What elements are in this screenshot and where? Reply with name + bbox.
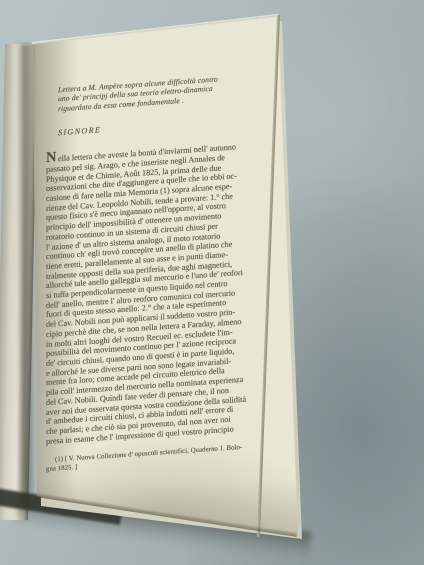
body-paragraph: Nella lettera che aveste la bontà d'invi… [46, 138, 290, 446]
drop-cap: N [46, 154, 56, 163]
gutter-shadow [17, 44, 34, 502]
page-text: Lettera a M. Ampère sopra alcune diffico… [46, 70, 290, 474]
book-photo: Lettera a M. Ampère sopra alcune diffico… [0, 0, 424, 565]
body-lines: passato pel sig. Arago, e che inseriste … [46, 149, 290, 447]
salutation: SIGNORE [58, 113, 290, 137]
